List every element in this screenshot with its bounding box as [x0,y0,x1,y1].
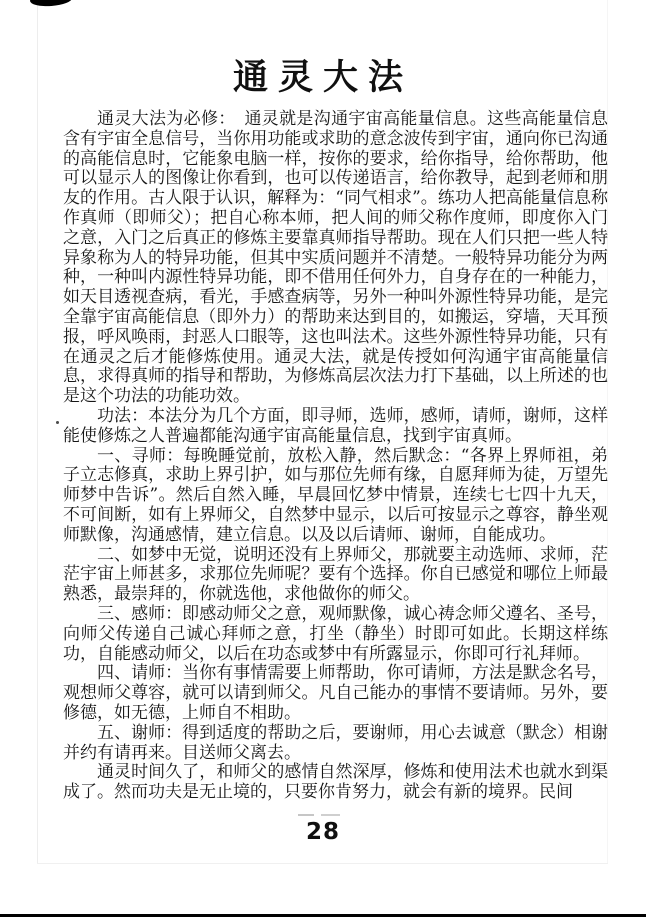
scan-artifact-speck [56,421,59,424]
paragraph-step-4-invite-master: 四、请师：当你有事情需要上师帮助，你可请师，方法是默念名号，观想师父尊容，就可以… [63,664,608,723]
page-number: 28 [0,819,646,845]
paragraph-intro: 通灵大法为必修： 通灵就是沟通宇宙高能量信息。这些高能量信息含有宇宙全息信号，当… [63,110,608,407]
paragraph-step-1-seek-master: 一、寻师：每晚睡觉前，放松入静，然后默念：“各界上界师祖，弟子立志修真，求助上界… [63,447,608,546]
body-text: 通灵大法为必修： 通灵就是沟通宇宙高能量信息。这些高能量信息含有宇宙全息信号，当… [63,110,608,803]
scanned-page: 通灵大法 通灵大法为必修： 通灵就是沟通宇宙高能量信息。这些高能量信息含有宇宙全… [0,0,646,917]
paragraph-step-5-thank-master: 五、谢师：得到适度的帮助之后，要谢师，用心去诚意（默念）相谢并约有请再来。目送师… [63,724,608,764]
paragraph-closing: 通灵时间久了，和师父的感情自然深厚，修炼和使用法术也就水到渠成了。然而功夫是无止… [63,763,608,803]
page-edge-shadow-bottom [37,863,608,864]
paragraph-step-2-choose-master: 二、如梦中无觉，说明还没有上界师父，那就要主动选师、求师，茫茫宇宙上师甚多，求那… [63,546,608,605]
footer-dash-artifact [298,814,340,816]
paragraph-step-3-move-master: 三、感师：即感动师父之意，观师默像，诚心祷念师父遵名、圣号，向师父传递自己诚心拜… [63,605,608,664]
page-title: 通灵大法 [0,50,646,100]
paragraph-method-overview: 功法：本法分为几个方面，即寻师，选师，感师，请师，谢师，这样能使修炼之人普遍都能… [63,407,608,447]
page-edge-shadow-left [37,0,38,864]
